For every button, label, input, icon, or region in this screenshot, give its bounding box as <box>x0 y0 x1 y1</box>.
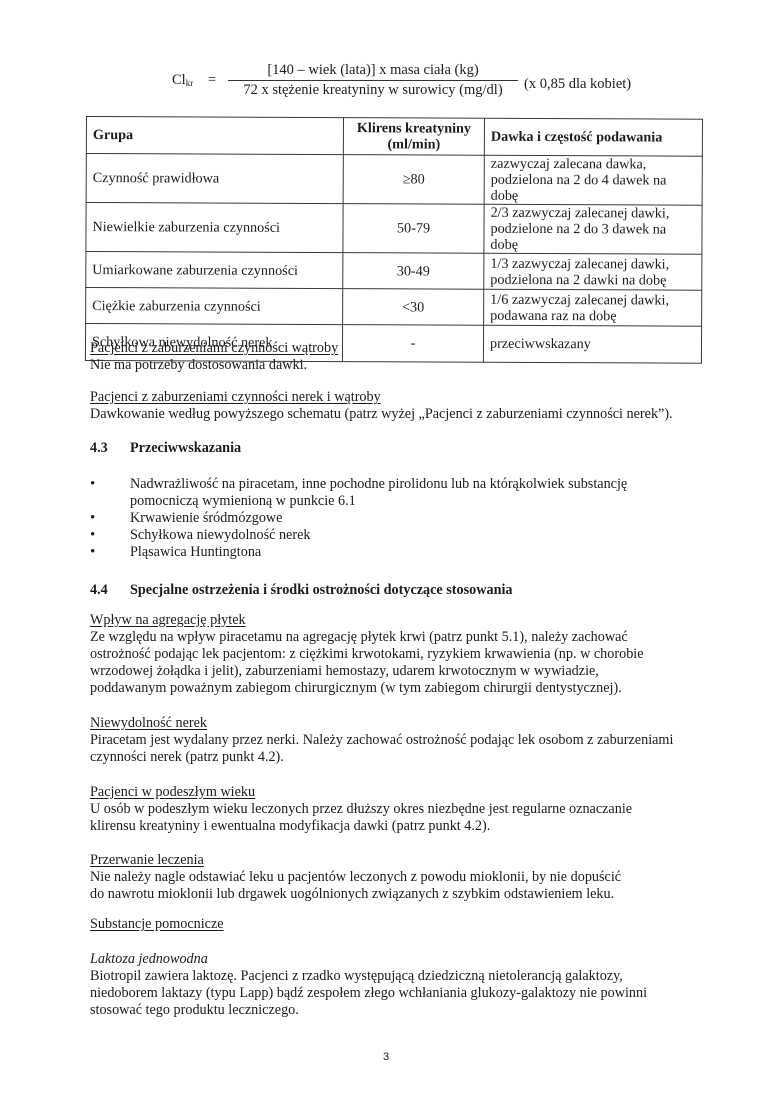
list-item: Schyłkowa niewydolność nerek <box>90 527 710 544</box>
document-page: Clkr = [140 – wiek (lata)] x masa ciała … <box>0 0 783 1117</box>
discontinuation-block: Przerwanie leczenia Nie należy nagle ods… <box>90 852 710 903</box>
formula-denominator: 72 x stężenie kreatyniny w surowicy (mg/… <box>228 81 518 99</box>
subheading-excipients: Substancje pomocnicze <box>90 916 710 933</box>
section-heading-4-4: 4.4Specjalne ostrzeżenia i środki ostroż… <box>90 582 710 599</box>
section-heading-4-3: 4.3Przeciwwskazania <box>90 440 710 457</box>
subheading-platelets: Wpływ na agregację płytek <box>90 612 710 629</box>
renal-failure-block: Niewydolność nerek Piracetam jest wydala… <box>90 715 710 766</box>
text-line: Nie należy nagle odstawiać leku u pacjen… <box>90 869 710 886</box>
subheading-elderly: Pacjenci w podeszłym wieku <box>90 784 710 801</box>
text-line: Piracetam jest wydalany przez nerki. Nal… <box>90 732 710 749</box>
text-line: poddawanym poważnym zabiegom chirurgiczn… <box>90 680 710 697</box>
cell-group: Niewielkie zaburzenia czynności <box>86 203 343 253</box>
paragraph-liver: Nie ma potrzeby dostosowania dawki. <box>90 357 710 374</box>
subheading-liver: Pacjenci z zaburzeniami czynności wątrob… <box>90 340 710 357</box>
cell-dose: 1/3 zazwyczaj zalecanej dawki,podzielona… <box>484 253 702 290</box>
table-row: Czynność prawidłowa ≥80 zazwyczaj zaleca… <box>86 154 702 206</box>
table-header-row: Grupa Klirens kreatyniny (ml/min) Dawka … <box>86 117 702 157</box>
cell-clearance: ≥80 <box>343 155 484 205</box>
cell-group: Ciężkie zaburzenia czynności <box>86 288 343 325</box>
text-line: U osób w podeszłym wieku leczonych przez… <box>90 801 710 818</box>
list-item: Pląsawica Huntingtona <box>90 544 710 561</box>
cell-group: Czynność prawidłowa <box>86 154 343 204</box>
header-dose: Dawka i częstość podawania <box>484 118 702 156</box>
text-line: Biotropil zawiera laktozę. Pacjenci z rz… <box>90 968 710 985</box>
cell-group: Umiarkowane zaburzenia czynności <box>86 252 343 289</box>
text-line: stosować tego produktu leczniczego. <box>90 1002 710 1019</box>
excipients-block: Substancje pomocnicze <box>90 916 710 933</box>
formula-note: (x 0,85 dla kobiet) <box>524 76 631 93</box>
paragraph-kidney-liver: Dawkowanie według powyższego schematu (p… <box>90 406 730 423</box>
cell-dose: zazwyczaj zalecana dawka,podzielona na 2… <box>484 155 702 205</box>
platelet-aggregation-block: Wpływ na agregację płytek Ze względu na … <box>90 612 710 697</box>
subheading-renal: Niewydolność nerek <box>90 715 710 732</box>
cell-dose: 1/6 zazwyczaj zalecanej dawki,podawana r… <box>484 289 702 326</box>
list-item: Krwawienie śródmózgowe <box>90 510 710 527</box>
text-line: niedoborem laktazy (typu Lapp) bądź zesp… <box>90 985 710 1002</box>
subheading-lactose: Laktoza jednowodna <box>90 951 710 968</box>
text-line: czynności nerek (patrz punkt 4.2). <box>90 749 710 766</box>
header-clearance: Klirens kreatyniny (ml/min) <box>343 118 484 156</box>
formula-lhs: Clkr <box>172 72 193 92</box>
cell-dose: 2/3 zazwyczaj zalecanej dawki,podzielone… <box>484 204 702 254</box>
table-row: Umiarkowane zaburzenia czynności 30-49 1… <box>86 252 702 291</box>
creatinine-clearance-formula: Clkr = [140 – wiek (lata)] x masa ciała … <box>172 62 652 102</box>
subheading-kidney-liver: Pacjenci z zaburzeniami czynności nerek … <box>90 389 730 406</box>
text-line: wrzodowej żołądka i jelit), zaburzeniami… <box>90 663 710 680</box>
cell-clearance: 30-49 <box>343 253 484 290</box>
dosage-table: Grupa Klirens kreatyniny (ml/min) Dawka … <box>85 116 703 364</box>
contraindications-list: Nadwrażliwość na piracetam, inne pochodn… <box>90 476 710 561</box>
formula-numerator: [140 – wiek (lata)] x masa ciała (kg) <box>228 62 518 81</box>
kidney-liver-impairment-block: Pacjenci z zaburzeniami czynności nerek … <box>90 389 730 423</box>
text-line: Ze względu na wpływ piracetamu na agrega… <box>90 629 710 646</box>
elderly-block: Pacjenci w podeszłym wieku U osób w pode… <box>90 784 710 835</box>
page-number: 3 <box>383 1049 389 1066</box>
table-row: Ciężkie zaburzenia czynności <30 1/6 zaz… <box>86 288 702 327</box>
subheading-discontinuation: Przerwanie leczenia <box>90 852 710 869</box>
table-row: Niewielkie zaburzenia czynności 50-79 2/… <box>86 203 702 255</box>
lactose-block: Laktoza jednowodna Biotropil zawiera lak… <box>90 951 710 1019</box>
formula-fraction: [140 – wiek (lata)] x masa ciała (kg) 72… <box>228 62 518 99</box>
cell-clearance: <30 <box>343 289 484 326</box>
cell-clearance: 50-79 <box>343 204 484 254</box>
text-line: klirensu kreatyniny i ewentualna modyfik… <box>90 818 710 835</box>
liver-impairment-block: Pacjenci z zaburzeniami czynności wątrob… <box>90 340 710 374</box>
list-item: Nadwrażliwość na piracetam, inne pochodn… <box>90 476 710 510</box>
text-line: do nawrotu mioklonii lub drgawek uogólni… <box>90 886 710 903</box>
header-group: Grupa <box>86 117 343 155</box>
formula-equals: = <box>208 72 216 89</box>
text-line: ostrożność podając lek pacjentom: z cięż… <box>90 646 710 663</box>
